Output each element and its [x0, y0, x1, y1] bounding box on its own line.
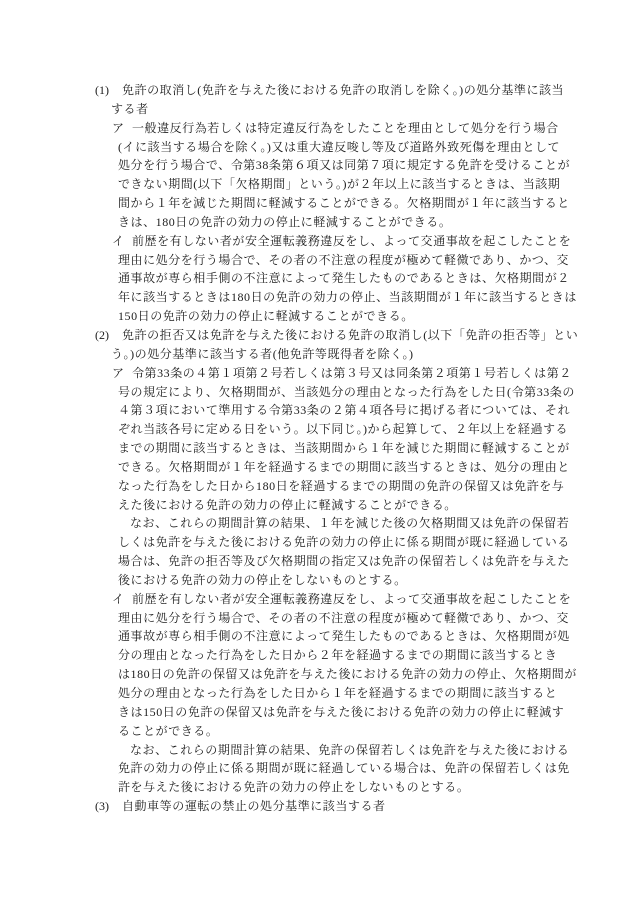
document-page: (1)免許の取消し(免許を与えた後における免許の取消しを除く。)の処分基準に該当… — [0, 0, 630, 903]
text-line: なった行為をした日から180日を経過するまでの期間の免許の保留又は免許を与 — [0, 477, 630, 496]
line-text: 年に該当するときは180日の免許の効力の停止、当該期間が１年に該当するときは — [118, 290, 577, 304]
text-line: (1)免許の取消し(免許を与えた後における免許の取消しを除く。)の処分基準に該当 — [0, 81, 630, 100]
text-line: イ前歴を有しない者が安全運転義務違反をし、よって交通事故を起こしたことを — [0, 232, 630, 251]
text-line: 許を与えた後における免許の効力の停止をしないものとする。 — [0, 778, 630, 797]
outline-label: イ — [112, 590, 132, 609]
line-text: 令第33条の４第１項第２号若しくは第３号又は同条第２項第１号若しくは第２ — [132, 366, 572, 380]
line-text: する者 — [111, 102, 149, 116]
text-line: 通事故が専ら相手側の不注意によって発生したものであるときは、欠格期間が処 — [0, 627, 630, 646]
text-line: 処分を行う場合で、令第38条第６項又は同第７項に規定する免許を受けることが — [0, 156, 630, 175]
line-text: は180日の免許の保留又は免許を与えた後における免許の効力の停止、欠格期間が — [118, 667, 577, 681]
text-line: 理由に処分を行う場合で、その者の不注意の程度が極めて軽微であり、かつ、交 — [0, 251, 630, 270]
text-line: 150日の免許の効力の停止に軽減することができる。 — [0, 307, 630, 326]
line-text: 号の規定により、欠格期間が、当該処分の理由となった行為をした日(令第33条の — [118, 385, 575, 399]
line-text: う。)の処分基準に該当する者(他免許等既得者を除く。) — [111, 347, 414, 361]
text-line: う。)の処分基準に該当する者(他免許等既得者を除く。) — [0, 345, 630, 364]
text-line: 年に該当するときは180日の免許の効力の停止、当該期間が１年に該当するときは — [0, 288, 630, 307]
line-text: 場合は、免許の拒否等及び欠格期間の指定又は免許の保留若しくは免許を与えた — [118, 554, 570, 568]
outline-label: (2) — [95, 326, 122, 345]
outline-label: イ — [112, 232, 132, 251]
line-text: 150日の免許の効力の停止に軽減することができる。 — [118, 309, 414, 323]
outline-label: (1) — [95, 81, 122, 100]
text-line: 処分の理由となった行為をした日から１年を経過するまでの期間に該当すると — [0, 684, 630, 703]
text-line: ４第３項において準用する令第33条の２第４項各号に掲げる者については、それ — [0, 401, 630, 420]
line-text: できる。欠格期間が１年を経過するまでの期間に該当するときは、処分の理由と — [118, 460, 570, 474]
text-line: ることができる。 — [0, 722, 630, 741]
line-text: なった行為をした日から180日を経過するまでの期間の免許の保留又は免許を与 — [118, 479, 564, 493]
text-line: 通事故が専ら相手側の不注意によって発生したものであるときは、欠格期間が２ — [0, 269, 630, 288]
text-line: 場合は、免許の拒否等及び欠格期間の指定又は免許の保留若しくは免許を与えた — [0, 552, 630, 571]
line-text: 間から１年を減じた期間に軽減することができる。欠格期間が１年に該当すると — [118, 196, 570, 210]
text-line: しくは免許を与えた後における免許の効力の停止に係る期間が既に経過している — [0, 533, 630, 552]
line-text: 通事故が専ら相手側の不注意によって発生したものであるときは、欠格期間が処 — [118, 629, 570, 643]
text-line: えた後における免許の効力の停止に軽減することができる。 — [0, 496, 630, 515]
line-text: 処分を行う場合で、令第38条第６項又は同第７項に規定する免許を受けることが — [118, 158, 570, 172]
outline-label: ア — [112, 119, 132, 138]
text-line: までの期間に該当するときは、当該期間から１年を減じた期間に軽減することが — [0, 439, 630, 458]
line-text: なお、これらの期間計算の結果、免許の保留若しくは免許を与えた後における — [130, 743, 569, 757]
line-text: ４第３項において準用する令第33条の２第４項各号に掲げる者については、それ — [118, 403, 570, 417]
line-text: 前歴を有しない者が安全運転義務違反をし、よって交通事故を起こしたことを — [132, 234, 571, 248]
outline-label: (3) — [95, 797, 122, 816]
line-text: 前歴を有しない者が安全運転義務違反をし、よって交通事故を起こしたことを — [132, 592, 571, 606]
line-text: 理由に処分を行う場合で、その者の不注意の程度が極めて軽微であり、かつ、交 — [118, 253, 569, 267]
text-line: なお、これらの期間計算の結果、１年を減じた後の欠格期間又は免許の保留若 — [0, 514, 630, 533]
text-line: 号の規定により、欠格期間が、当該処分の理由となった行為をした日(令第33条の — [0, 383, 630, 402]
line-text: (イに該当する場合を除く。)又は重大違反唆し等及び道路外致死傷を理由として — [118, 140, 560, 154]
text-line: ア一般違反行為若しくは特定違反行為をしたことを理由として処分を行う場合 — [0, 119, 630, 138]
line-text: 一般違反行為若しくは特定違反行為をしたことを理由として処分を行う場合 — [132, 121, 559, 135]
document-lines: (1)免許の取消し(免許を与えた後における免許の取消しを除く。)の処分基準に該当… — [0, 81, 630, 816]
text-line: 理由に処分を行う場合で、その者の不注意の程度が極めて軽微であり、かつ、交 — [0, 609, 630, 628]
text-line: 免許の効力の停止に係る期間が既に経過している場合は、免許の保留若しくは免 — [0, 759, 630, 778]
text-line: (2)免許の拒否又は免許を与えた後における免許の取消し(以下「免許の拒否等」とい — [0, 326, 630, 345]
line-text: なお、これらの期間計算の結果、１年を減じた後の欠格期間又は免許の保留若 — [130, 516, 569, 530]
line-text: しくは免許を与えた後における免許の効力の停止に係る期間が既に経過している — [118, 535, 570, 549]
line-text: きは150日の免許の保留又は免許を与えた後における免許の効力の停止に軽減す — [118, 705, 564, 719]
line-text: 後における免許の効力の停止をしないものとする。 — [118, 573, 407, 587]
text-line: きは、180日の免許の効力の停止に軽減することができる。 — [0, 213, 630, 232]
line-text: 自動車等の運転の禁止の処分基準に該当する者 — [122, 799, 386, 813]
text-line: 間から１年を減じた期間に軽減することができる。欠格期間が１年に該当すると — [0, 194, 630, 213]
text-line: (イに該当する場合を除く。)又は重大違反唆し等及び道路外致死傷を理由として — [0, 138, 630, 157]
text-line: なお、これらの期間計算の結果、免許の保留若しくは免許を与えた後における — [0, 741, 630, 760]
line-text: 免許の効力の停止に係る期間が既に経過している場合は、免許の保留若しくは免 — [118, 761, 570, 775]
text-line: できない期間(以下「欠格期間」という。)が２年以上に該当するときは、当該期 — [0, 175, 630, 194]
text-line: は180日の免許の保留又は免許を与えた後における免許の効力の停止、欠格期間が — [0, 665, 630, 684]
line-text: 処分の理由となった行為をした日から１年を経過するまでの期間に該当すると — [118, 686, 557, 700]
line-text: ることができる。 — [118, 724, 218, 738]
line-text: 免許の取消し(免許を与えた後における免許の取消しを除く。)の処分基準に該当 — [122, 83, 564, 97]
text-line: する者 — [0, 100, 630, 119]
line-text: できない期間(以下「欠格期間」という。)が２年以上に該当するときは、当該期 — [118, 177, 560, 191]
line-text: えた後における免許の効力の停止に軽減することができる。 — [118, 498, 457, 512]
text-line: (3)自動車等の運転の禁止の処分基準に該当する者 — [0, 797, 630, 816]
text-line: ア令第33条の４第１項第２号若しくは第３号又は同条第２項第１号若しくは第２ — [0, 364, 630, 383]
line-text: 免許の拒否又は免許を与えた後における免許の取消し(以下「免許の拒否等」とい — [122, 328, 578, 342]
text-line: 後における免許の効力の停止をしないものとする。 — [0, 571, 630, 590]
text-line: きは150日の免許の保留又は免許を与えた後における免許の効力の停止に軽減す — [0, 703, 630, 722]
text-line: ぞれ当該各号に定める日をいう。以下同じ。)から起算して、２年以上を経過する — [0, 420, 630, 439]
text-line: 分の理由となった行為をした日から２年を経過するまでの期間に該当するとき — [0, 646, 630, 665]
line-text: ぞれ当該各号に定める日をいう。以下同じ。)から起算して、２年以上を経過する — [118, 422, 568, 436]
line-text: きは、180日の免許の効力の停止に軽減することができる。 — [118, 215, 451, 229]
text-line: イ前歴を有しない者が安全運転義務違反をし、よって交通事故を起こしたことを — [0, 590, 630, 609]
line-text: 許を与えた後における免許の効力の停止をしないものとする。 — [118, 780, 469, 794]
line-text: 通事故が専ら相手側の不注意によって発生したものであるときは、欠格期間が２ — [118, 271, 570, 285]
outline-label: ア — [112, 364, 132, 383]
line-text: までの期間に該当するときは、当該期間から１年を減じた期間に軽減することが — [118, 441, 570, 455]
line-text: 分の理由となった行為をした日から２年を経過するまでの期間に該当するとき — [118, 648, 557, 662]
text-line: できる。欠格期間が１年を経過するまでの期間に該当するときは、処分の理由と — [0, 458, 630, 477]
line-text: 理由に処分を行う場合で、その者の不注意の程度が極めて軽微であり、かつ、交 — [118, 611, 569, 625]
